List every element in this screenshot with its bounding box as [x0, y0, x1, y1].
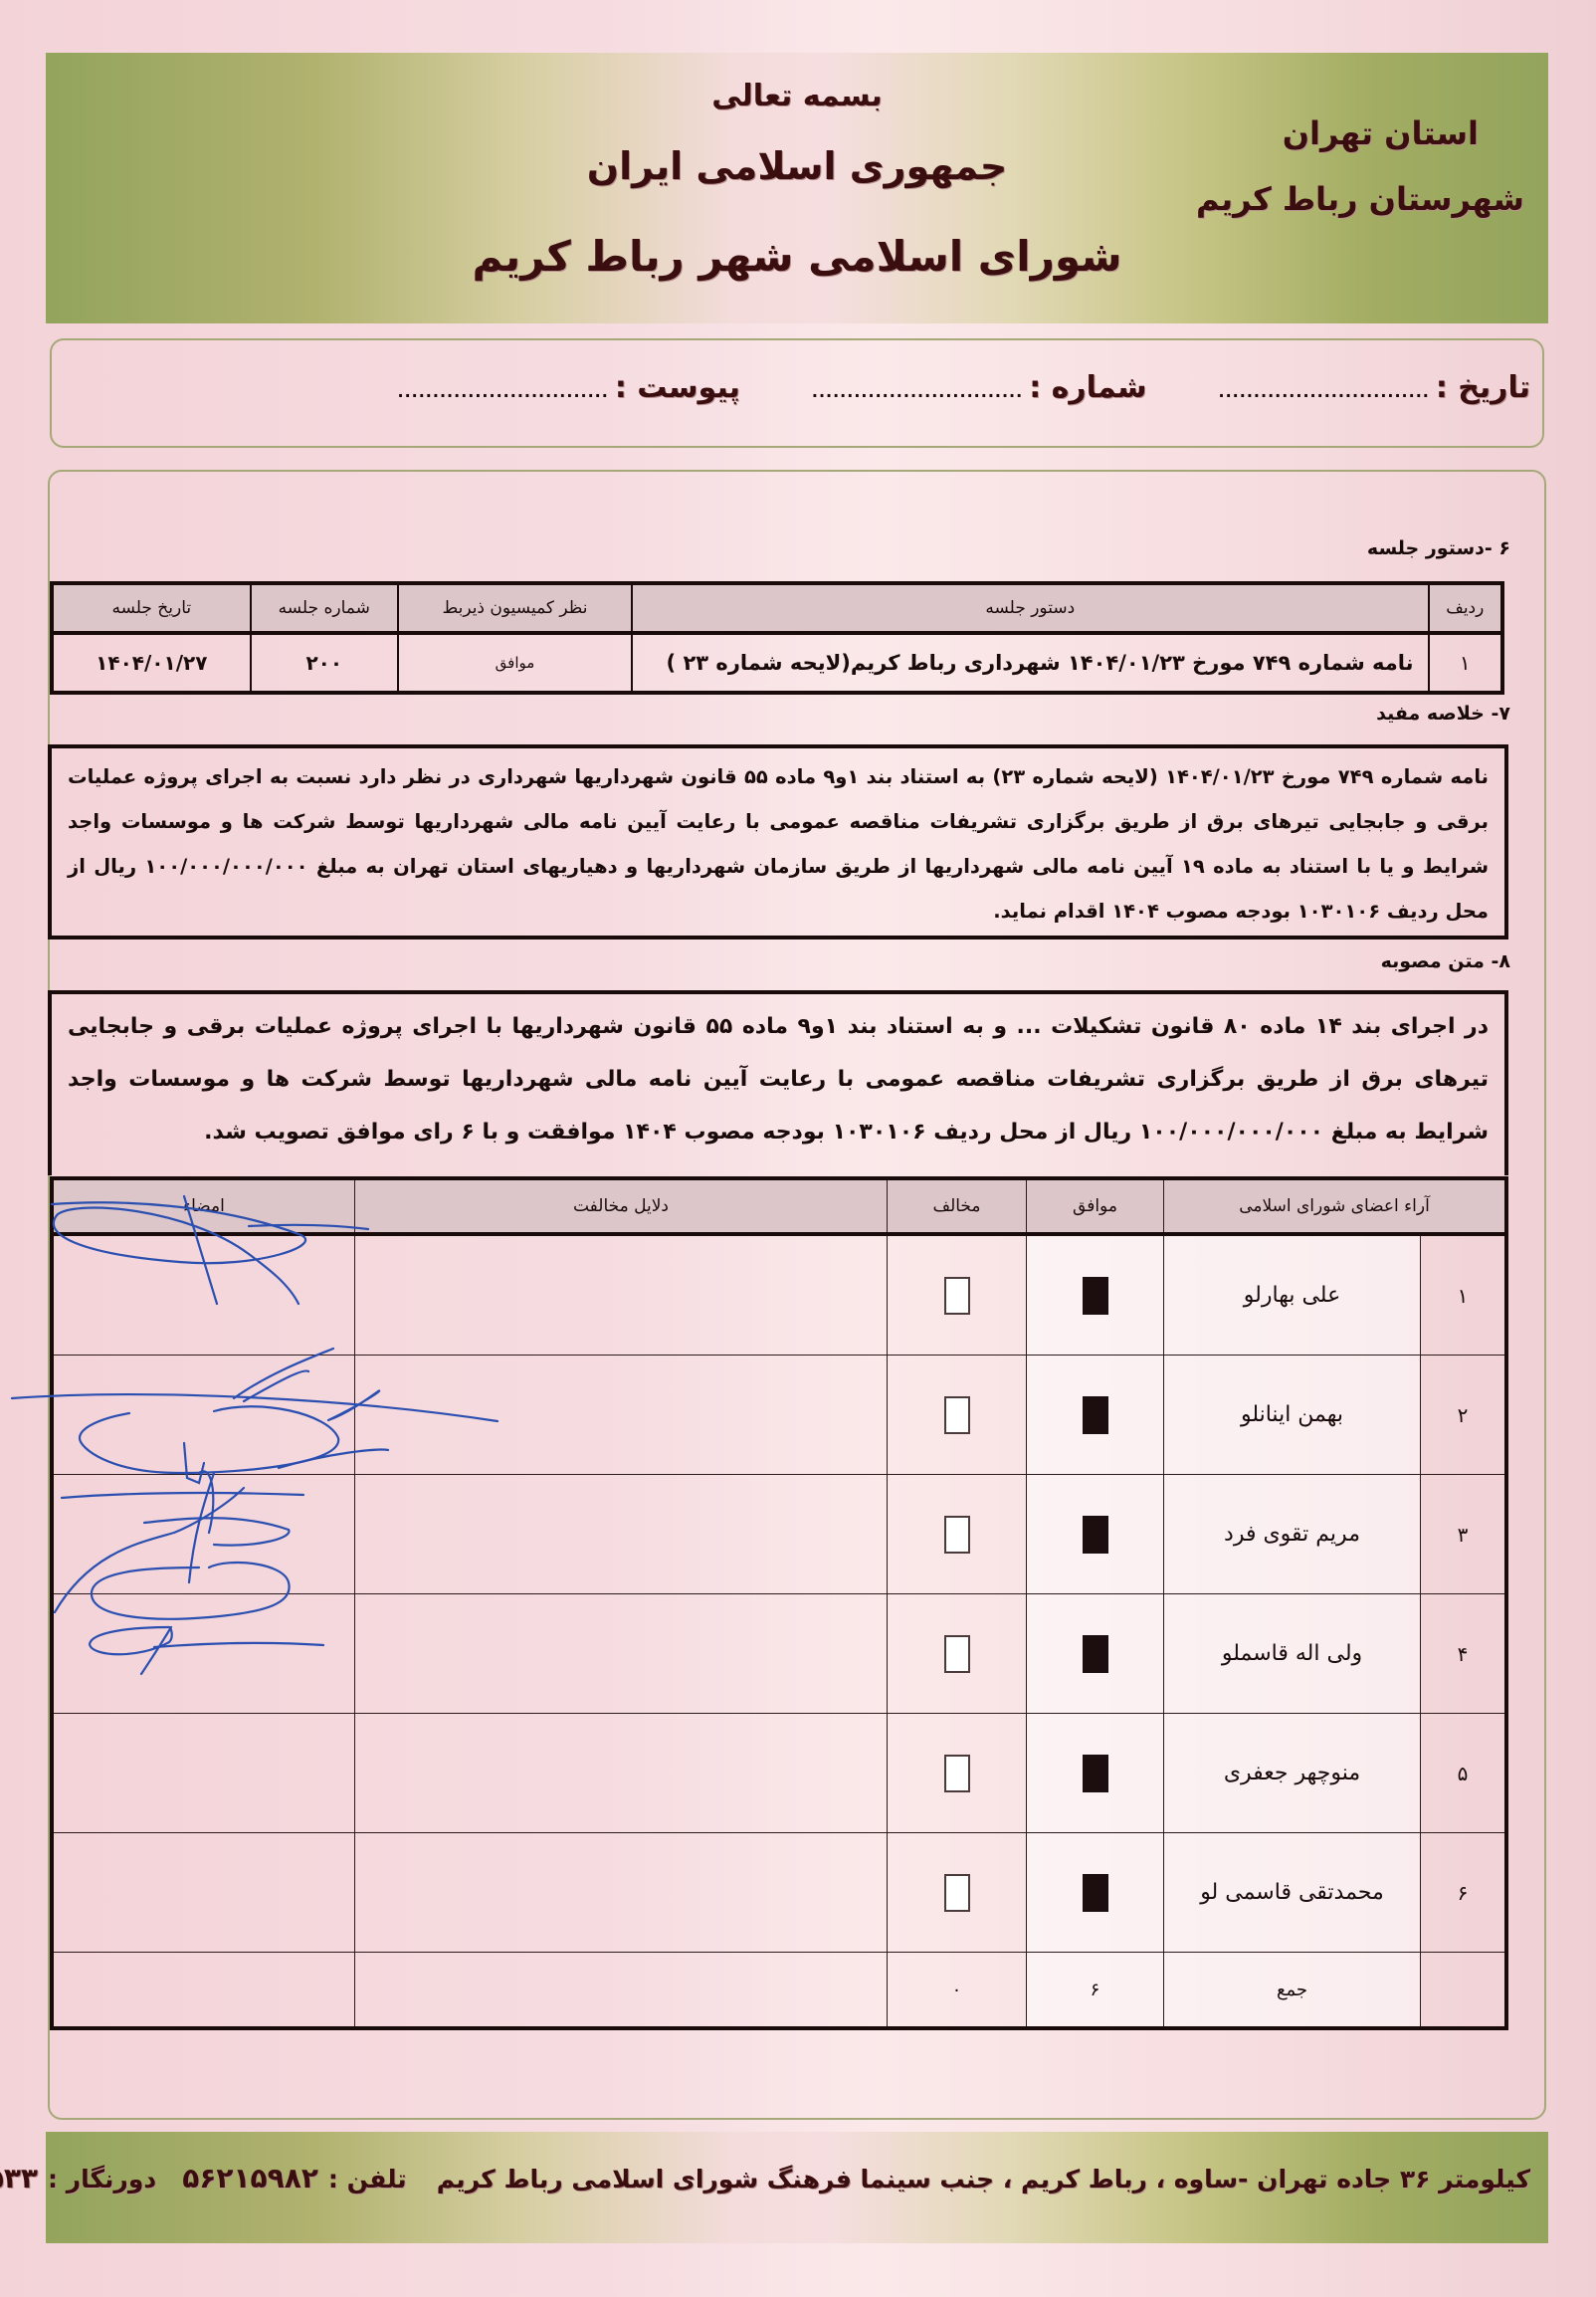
agree-cell — [1027, 1714, 1164, 1833]
signature-cell — [52, 1356, 355, 1475]
date-label: تاریخ : — [1436, 370, 1530, 405]
agenda-section-title: ۶ -دستور جلسه — [1367, 537, 1510, 559]
footer-band: کیلومتر ۳۶ جاده تهران -ساوه ، رباط کریم … — [46, 2132, 1548, 2243]
col-commission-opinion: نظر کمیسیون ذیربط — [398, 583, 632, 633]
agenda-header-row: ردیف دستور جلسه نظر کمیسیون ذیربط شماره … — [52, 583, 1502, 633]
disagree-cell — [888, 1833, 1027, 1953]
vote-row: ۲ بهمن اینانلو — [52, 1356, 1506, 1475]
total-row-number — [1421, 1953, 1507, 2029]
votes-header-row: آراء اعضای شورای اسلامی موافق مخالف دلای… — [52, 1178, 1506, 1234]
member-name: علی بهارلو — [1164, 1234, 1421, 1356]
signature-cell — [52, 1234, 355, 1356]
council-name: شورای اسلامی شهر رباط کریم — [46, 232, 1548, 281]
dissent-reason[interactable] — [355, 1594, 888, 1714]
member-row-number: ۴ — [1421, 1594, 1507, 1714]
member-name: محمدتقی قاسمی لو — [1164, 1833, 1421, 1953]
agenda-row: ۱ نامه شماره ۷۴۹ مورخ ۱۴۰۴/۰۱/۲۳ شهرداری… — [52, 633, 1502, 693]
date-field[interactable]: .............................. — [1219, 382, 1430, 401]
col-signature: امضاء — [52, 1178, 355, 1234]
number-label: شماره : — [1029, 370, 1146, 405]
dissent-reason[interactable] — [355, 1714, 888, 1833]
votes-total-row: جمع ۶ ۰ — [52, 1953, 1506, 2029]
total-signature — [52, 1953, 355, 2029]
attachment-field[interactable]: .............................. — [397, 382, 608, 401]
disagree-checkbox[interactable] — [944, 1874, 970, 1912]
agree-cell — [1027, 1356, 1164, 1475]
agree-cell — [1027, 1475, 1164, 1594]
disagree-checkbox[interactable] — [944, 1635, 970, 1673]
signature-cell — [52, 1833, 355, 1953]
session-number: ۲۰۰ — [251, 633, 398, 693]
total-label: جمع — [1164, 1953, 1421, 2029]
disagree-checkbox[interactable] — [944, 1755, 970, 1792]
col-agenda: دستور جلسه — [632, 583, 1429, 633]
agree-cell — [1027, 1234, 1164, 1356]
agree-checkbox[interactable] — [1083, 1874, 1108, 1912]
vote-row: ۶ محمدتقی قاسمی لو — [52, 1833, 1506, 1953]
disagree-cell — [888, 1356, 1027, 1475]
member-row-number: ۲ — [1421, 1356, 1507, 1475]
disagree-cell — [888, 1594, 1027, 1714]
number-field[interactable]: .............................. — [812, 382, 1023, 401]
disagree-checkbox[interactable] — [944, 1277, 970, 1315]
dissent-reason[interactable] — [355, 1234, 888, 1356]
signature-cell — [52, 1475, 355, 1594]
agree-checkbox[interactable] — [1083, 1755, 1108, 1792]
votes-table: آراء اعضای شورای اسلامی موافق مخالف دلای… — [50, 1176, 1508, 2030]
fax-label: دورنگار : — [48, 2165, 156, 2193]
col-session-number: شماره جلسه — [251, 583, 398, 633]
member-name: مریم تقوی فرد — [1164, 1475, 1421, 1594]
member-row-number: ۶ — [1421, 1833, 1507, 1953]
agree-checkbox[interactable] — [1083, 1277, 1108, 1315]
vote-row: ۳ مریم تقوی فرد — [52, 1475, 1506, 1594]
summary-section-title: ۷- خلاصه مفید — [1376, 703, 1510, 725]
agree-cell — [1027, 1594, 1164, 1714]
summary-text: نامه شماره ۷۴۹ مورخ ۱۴۰۴/۰۱/۲۳ (لایحه شم… — [48, 744, 1508, 940]
col-disagree: مخالف — [888, 1178, 1027, 1234]
approved-text: در اجرای بند ۱۴ ماده ۸۰ قانون تشکیلات ..… — [48, 990, 1508, 1175]
member-row-number: ۵ — [1421, 1714, 1507, 1833]
col-member-votes: آراء اعضای شورای اسلامی — [1164, 1178, 1507, 1234]
phone-label: تلفن : — [328, 2165, 407, 2193]
dissent-reason[interactable] — [355, 1475, 888, 1594]
disagree-checkbox[interactable] — [944, 1396, 970, 1434]
member-name: بهمن اینانلو — [1164, 1356, 1421, 1475]
signature-cell — [52, 1714, 355, 1833]
agree-checkbox[interactable] — [1083, 1396, 1108, 1434]
invocation: بسمه تعالی — [46, 79, 1548, 113]
disagree-cell — [888, 1714, 1027, 1833]
dissent-reason[interactable] — [355, 1833, 888, 1953]
member-row-number: ۱ — [1421, 1234, 1507, 1356]
footer-address: کیلومتر ۳۶ جاده تهران -ساوه ، رباط کریم … — [437, 2165, 1530, 2193]
letter-meta-box: تاریخ : .............................. ش… — [50, 338, 1544, 448]
member-name: ولی اله قاسملو — [1164, 1594, 1421, 1714]
agree-checkbox[interactable] — [1083, 1635, 1108, 1673]
agenda-row-number: ۱ — [1429, 633, 1502, 693]
approved-text-section-title: ۸- متن مصوبه — [1381, 950, 1510, 972]
col-session-date: تاریخ جلسه — [52, 583, 251, 633]
county-name: شهرستان رباط کریم — [1196, 180, 1524, 218]
attachment-label: پیوست : — [615, 370, 740, 405]
vote-row: ۴ ولی اله قاسملو — [52, 1594, 1506, 1714]
member-row-number: ۳ — [1421, 1475, 1507, 1594]
letterhead-band: بسمه تعالی جمهوری اسلامی ایران شورای اسل… — [46, 53, 1548, 323]
province-name: استان تهران — [1283, 114, 1479, 152]
session-date: ۱۴۰۴/۰۱/۲۷ — [52, 633, 251, 693]
col-dissent-reasons: دلایل مخالفت — [355, 1178, 888, 1234]
disagree-cell — [888, 1475, 1027, 1594]
fax-number: ۵۶۲۱۵۵۳۳ — [0, 2162, 38, 2194]
agree-checkbox[interactable] — [1083, 1516, 1108, 1554]
total-reason — [355, 1953, 888, 2029]
signature-cell — [52, 1594, 355, 1714]
vote-row: ۵ منوچهر جعفری — [52, 1714, 1506, 1833]
dissent-reason[interactable] — [355, 1356, 888, 1475]
total-agree: ۶ — [1027, 1953, 1164, 2029]
disagree-checkbox[interactable] — [944, 1516, 970, 1554]
agenda-table: ردیف دستور جلسه نظر کمیسیون ذیربط شماره … — [50, 581, 1504, 695]
col-row: ردیف — [1429, 583, 1502, 633]
agree-cell — [1027, 1833, 1164, 1953]
member-name: منوچهر جعفری — [1164, 1714, 1421, 1833]
agenda-item: نامه شماره ۷۴۹ مورخ ۱۴۰۴/۰۱/۲۳ شهرداری ر… — [632, 633, 1429, 693]
col-agree: موافق — [1027, 1178, 1164, 1234]
phone-number: ۵۶۲۱۵۹۸۲ — [182, 2162, 318, 2194]
disagree-cell — [888, 1234, 1027, 1356]
commission-opinion: موافق — [398, 633, 632, 693]
total-disagree: ۰ — [888, 1953, 1027, 2029]
vote-row: ۱ علی بهارلو — [52, 1234, 1506, 1356]
